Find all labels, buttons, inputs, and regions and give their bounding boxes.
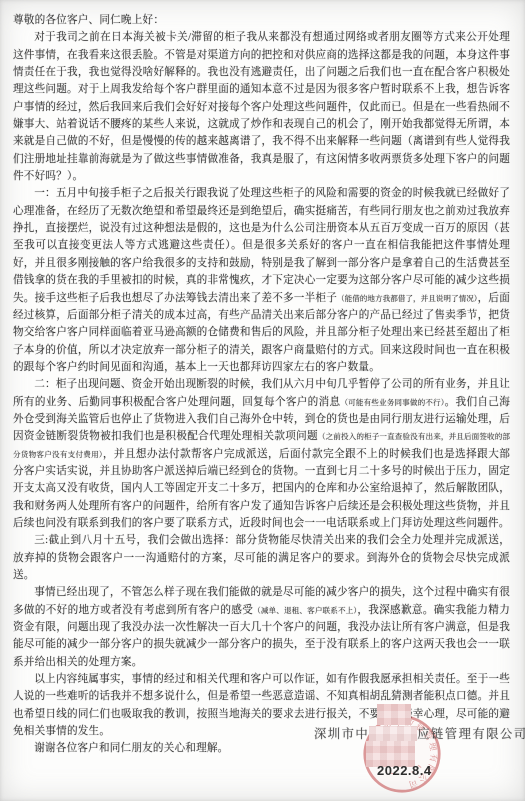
date-stamp: 2022.8.4 [377,763,432,778]
redaction-mosaic [369,726,417,741]
signature-block: 深圳市中应链管理有限公司 深圳市中应链管理有限公司 2022.8.4 [0,0,525,801]
company-name-prefix: 深圳市中 [314,727,369,741]
document-photo: 尊敬的各位客户、同仁晚上好： 对于我司之前在日本海关被卡关/滞留的柜子我从来都没… [0,0,525,801]
stamp-redaction-mosaic-top [377,704,411,725]
company-name-suffix: 应链管理有限公司 [417,727,525,741]
company-name-line: 深圳市中应链管理有限公司 [314,724,525,742]
